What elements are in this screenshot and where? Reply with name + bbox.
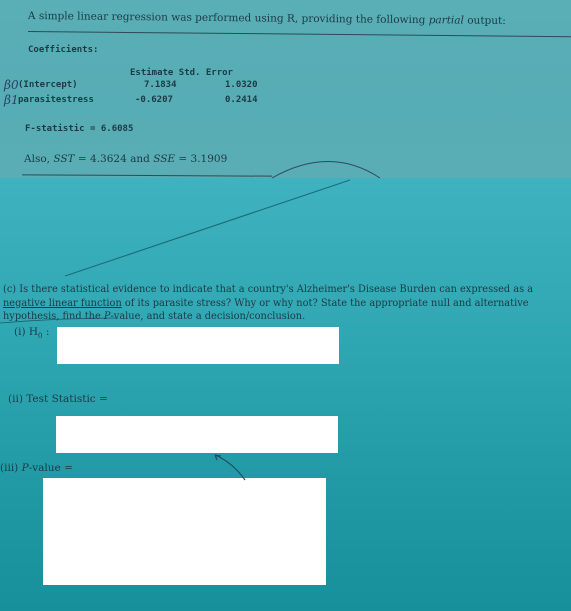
- p-value-label: (iii) P-value =: [0, 462, 73, 474]
- question-c: (c) Is there statistical evidence to ind…: [3, 283, 568, 324]
- row-name: (Intercept): [18, 80, 78, 90]
- column-estimate: Estimate: [130, 68, 173, 78]
- row-name: parasitestress: [18, 95, 94, 105]
- coefficient-row-intercept: β0 (Intercept) 7.1834 1.0320: [4, 80, 274, 94]
- null-hypothesis-label: (i) H0 :: [14, 326, 49, 340]
- column-std-error: Std. Error: [179, 68, 233, 78]
- handwritten-beta0-annotation: β0: [4, 78, 19, 92]
- p-value-answer-box[interactable]: [43, 478, 326, 585]
- handwritten-beta1-annotation: β1: [4, 93, 19, 107]
- f-statistic: F-statistic = 6.6085: [25, 124, 133, 134]
- row-estimate: 7.1834: [144, 80, 177, 90]
- coefficients-label: Coefficients:: [28, 45, 98, 55]
- sst-sse-values: Also, SST = 4.3624 and SSE = 3.1909: [24, 153, 227, 165]
- coefficients-header: Estimate Std. Error: [130, 68, 233, 78]
- test-statistic-label: (ii) Test Statistic =: [8, 393, 108, 405]
- test-statistic-answer-box[interactable]: [56, 416, 338, 453]
- row-std-error: 1.0320: [225, 80, 258, 90]
- coefficient-row-parasitestress: β1 parasitestress -0.6207 0.2414: [4, 95, 274, 109]
- null-hypothesis-answer-box[interactable]: [57, 327, 339, 364]
- row-std-error: 0.2414: [225, 95, 258, 105]
- row-estimate: -0.6207: [135, 95, 173, 105]
